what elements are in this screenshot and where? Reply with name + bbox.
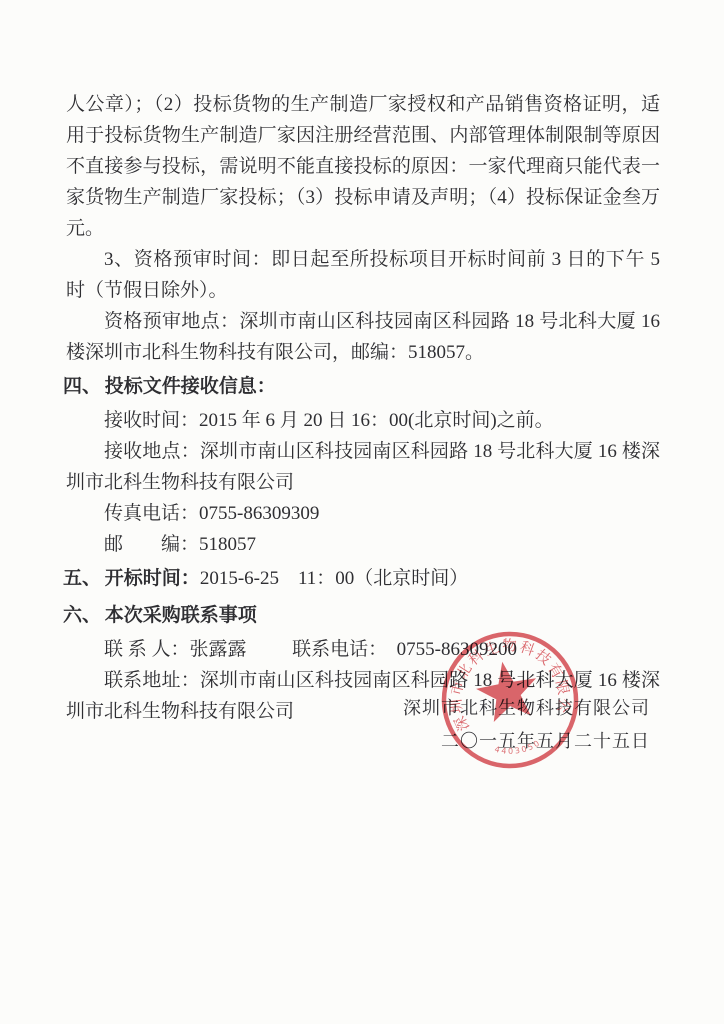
section-6-heading: 六、本次采购联系事项 bbox=[66, 597, 660, 634]
section-6-number: 六、 bbox=[63, 597, 105, 634]
fax-number-line: 传真电话：0755-86309309 bbox=[66, 498, 660, 529]
signature-block: 深圳市北科生物科技有限公司 二〇一五年五月二十五日 bbox=[403, 692, 650, 758]
section-5-number: 五、 bbox=[63, 560, 105, 597]
signature-company: 深圳市北科生物科技有限公司 bbox=[403, 692, 650, 725]
contact-person-line: 联 系 人：张露露联系电话：0755-86309200 bbox=[66, 634, 660, 665]
paragraph-bid-documents-continued: 人公章）；（2）投标货物的生产制造厂家授权和产品销售资格证明，适用于投标货物生产… bbox=[66, 89, 660, 244]
reception-address-line: 接收地点：深圳市南山区科技园南区科园路 18 号北科大厦 16 楼深圳市北科生物… bbox=[66, 436, 660, 498]
contact-phone-label: 联系电话： bbox=[292, 639, 387, 660]
reception-time-line: 接收时间：2015 年 6 月 20 日 16：00(北京时间)之前。 bbox=[66, 405, 660, 436]
paragraph-prequalification-place: 资格预审地点：深圳市南山区科技园南区科园路 18 号北科大厦 16 楼深圳市北科… bbox=[66, 306, 660, 368]
paragraph-prequalification-time: 3、资格预审时间：即日起至所投标项目开标时间前 3 日的下午 5 时（节假日除外… bbox=[66, 244, 660, 306]
section-4-number: 四、 bbox=[63, 368, 105, 405]
bid-opening-time-value: 2015-6-25 11：00（北京时间） bbox=[200, 568, 468, 589]
document-body: 人公章）；（2）投标货物的生产制造厂家授权和产品销售资格证明，适用于投标货物生产… bbox=[66, 89, 660, 727]
contact-phone-number: 0755-86309200 bbox=[397, 639, 517, 660]
postal-code-line: 邮 编：518057 bbox=[66, 529, 660, 560]
section-4-heading: 四、投标文件接收信息： bbox=[66, 368, 660, 405]
scanned-document-page: 人公章）；（2）投标货物的生产制造厂家授权和产品销售资格证明，适用于投标货物生产… bbox=[0, 0, 724, 1024]
contact-person-label: 联 系 人： bbox=[104, 639, 190, 660]
section-6-title: 本次采购联系事项 bbox=[105, 605, 257, 626]
section-5-title: 开标时间： bbox=[105, 568, 200, 589]
section-4-title: 投标文件接收信息： bbox=[105, 376, 276, 397]
contact-person-name: 张露露 bbox=[190, 639, 247, 660]
signature-date: 二〇一五年五月二十五日 bbox=[403, 725, 650, 758]
section-5-heading: 五、开标时间：2015-6-25 11：00（北京时间） bbox=[66, 560, 660, 597]
